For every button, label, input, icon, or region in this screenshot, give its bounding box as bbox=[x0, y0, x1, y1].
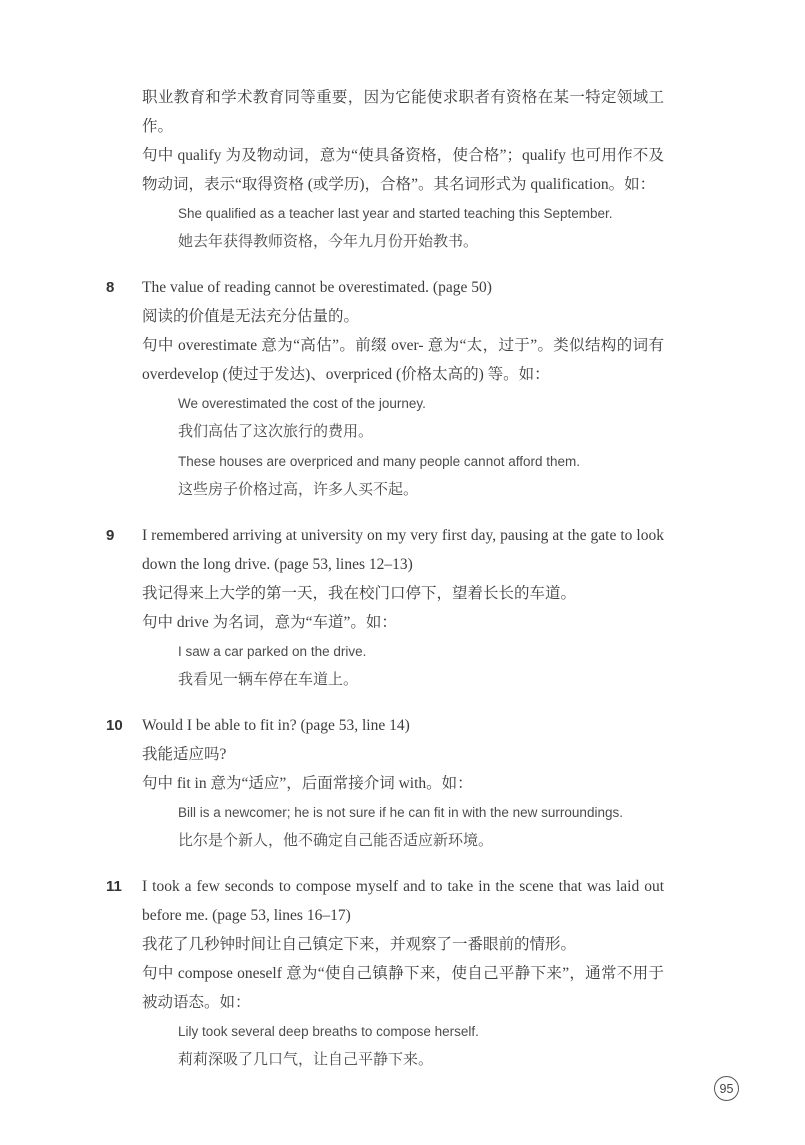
entry-sentence-en: Would I be able to fit in? (page 53, lin… bbox=[142, 711, 664, 740]
entry-number: 10 bbox=[106, 711, 123, 740]
page-number-badge: 95 bbox=[714, 1076, 739, 1101]
entry-sentence-en: I took a few seconds to compose myself a… bbox=[142, 872, 664, 930]
example-sentence-cn: 莉莉深吸了几口气，让自己平静下来。 bbox=[178, 1046, 664, 1075]
entry-example-group: Lily took several deep breaths to compos… bbox=[178, 1017, 664, 1075]
entry-9: 9 I remembered arriving at university on… bbox=[142, 521, 664, 695]
example-sentence-en: Bill is a newcomer; he is not sure if he… bbox=[178, 798, 664, 827]
entry-note: 句中 drive 为名词，意为“车道”。如： bbox=[142, 608, 664, 637]
page-content: 职业教育和学术教育同等重要，因为它能使求职者有资格在某一特定领域工作。 句中 q… bbox=[142, 83, 664, 1075]
example-sentence-en: These houses are overpriced and many peo… bbox=[178, 447, 664, 476]
example-sentence-cn: 我看见一辆车停在车道上。 bbox=[178, 666, 664, 695]
intro-note: 句中 qualify 为及物动词，意为“使具备资格，使合格”；qualify 也… bbox=[142, 141, 664, 199]
entry-translation: 我能适应吗? bbox=[142, 740, 664, 769]
entry-translation: 我记得来上大学的第一天，我在校门口停下，望着长长的车道。 bbox=[142, 579, 664, 608]
intro-section: 职业教育和学术教育同等重要，因为它能使求职者有资格在某一特定领域工作。 句中 q… bbox=[142, 83, 664, 257]
entry-11: 11 I took a few seconds to compose mysel… bbox=[142, 872, 664, 1075]
example-sentence-en: I saw a car parked on the drive. bbox=[178, 637, 664, 666]
entry-number: 9 bbox=[106, 521, 114, 550]
example-sentence-cn: 比尔是个新人，他不确定自己能否适应新环境。 bbox=[178, 827, 664, 856]
entry-note: 句中 compose oneself 意为“使自己镇静下来，使自己平静下来”，通… bbox=[142, 959, 664, 1017]
intro-example-group: She qualified as a teacher last year and… bbox=[178, 199, 664, 257]
entry-8: 8 The value of reading cannot be overest… bbox=[142, 273, 664, 505]
entry-sentence-en: The value of reading cannot be overestim… bbox=[142, 273, 664, 302]
book-page: 职业教育和学术教育同等重要，因为它能使求职者有资格在某一特定领域工作。 句中 q… bbox=[0, 0, 805, 1145]
example-sentence-en: Lily took several deep breaths to compos… bbox=[178, 1017, 664, 1046]
entry-example-group: I saw a car parked on the drive. 我看见一辆车停… bbox=[178, 637, 664, 695]
entry-10: 10 Would I be able to fit in? (page 53, … bbox=[142, 711, 664, 856]
entry-translation: 我花了几秒钟时间让自己镇定下来，并观察了一番眼前的情形。 bbox=[142, 930, 664, 959]
example-sentence-en: She qualified as a teacher last year and… bbox=[178, 199, 664, 228]
entry-example-group: Bill is a newcomer; he is not sure if he… bbox=[178, 798, 664, 856]
entry-number: 11 bbox=[106, 872, 122, 901]
entry-sentence-en: I remembered arriving at university on m… bbox=[142, 521, 664, 579]
example-sentence-cn: 她去年获得教师资格，今年九月份开始教书。 bbox=[178, 228, 664, 257]
entry-translation: 阅读的价值是无法充分估量的。 bbox=[142, 302, 664, 331]
entry-number: 8 bbox=[106, 273, 114, 302]
example-sentence-cn: 这些房子价格过高，许多人买不起。 bbox=[178, 476, 664, 505]
page-number: 95 bbox=[720, 1082, 734, 1096]
entry-note: 句中 overestimate 意为“高估”。前缀 over- 意为“太，过于”… bbox=[142, 331, 664, 389]
example-sentence-en: We overestimated the cost of the journey… bbox=[178, 389, 664, 418]
example-sentence-cn: 我们高估了这次旅行的费用。 bbox=[178, 418, 664, 447]
entry-note: 句中 fit in 意为“适应”，后面常接介词 with。如： bbox=[142, 769, 664, 798]
entry-example-group: We overestimated the cost of the journey… bbox=[178, 389, 664, 505]
intro-translation: 职业教育和学术教育同等重要，因为它能使求职者有资格在某一特定领域工作。 bbox=[142, 83, 664, 141]
